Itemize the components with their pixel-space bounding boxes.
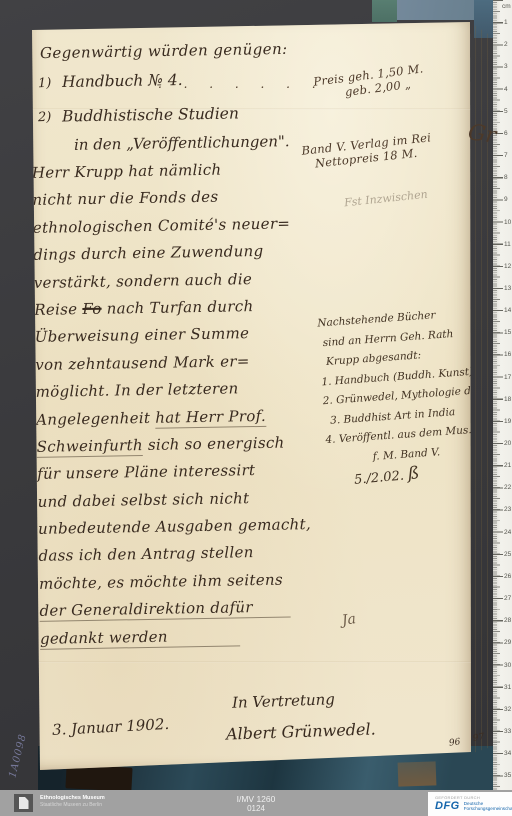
sent-date-text: 5./2.02. (354, 469, 405, 488)
ruler-ticks-cm (493, 0, 503, 792)
item2-line-1: Buddhistische Studien (62, 104, 239, 125)
ruler-number: 23 (504, 506, 511, 513)
ruler-number: 28 (504, 617, 511, 624)
dfg-funding-box: GEFÖRDERT DURCH DFG Deutsche Forschungsg… (428, 792, 512, 816)
ruler-number: 32 (504, 706, 511, 713)
dfg-full-name: Deutsche Forschungsgemeinschaft (464, 801, 512, 811)
underlined-text: gedankt werden (40, 626, 240, 649)
ruler-number: 35 (504, 772, 511, 779)
ruler-number: 3 (504, 63, 508, 70)
pencil-paraph-right: Gr (466, 120, 497, 149)
paper-crease (30, 661, 474, 663)
ruler-unit-label: cm (502, 3, 511, 10)
item2-line-2: in den „Veröffentlichungen". (74, 132, 290, 154)
letter-line-segment: sich so energisch (143, 433, 285, 453)
ruler-number: 25 (504, 551, 511, 558)
ruler-number: 18 (504, 396, 511, 403)
book-binding-fabric-teal (372, 0, 397, 22)
underlined-text: der Generaldirektion dafür (39, 598, 291, 622)
ruler-number: 34 (504, 750, 511, 757)
letter-line-segment: nach Turfan durch (101, 297, 253, 318)
ruler-number: 11 (504, 241, 511, 248)
ruler-number: 16 (504, 351, 511, 358)
ruler-number: 13 (504, 285, 511, 292)
closing-line-1: In Vertretung (232, 690, 335, 712)
ruler-number: 2 (504, 41, 508, 48)
archival-photo: cm 1234567891011121314151617181920212223… (0, 0, 512, 816)
struck-word: Fo (82, 300, 102, 318)
ruler-number: 30 (504, 662, 511, 669)
item1-number: 1) (38, 76, 52, 91)
footer-bar: Ethnologisches Museum Staatliche Museen … (0, 790, 512, 816)
ruler-number: 17 (504, 374, 511, 381)
ruler-number: 6 (504, 130, 508, 137)
ruler-number: 15 (504, 329, 511, 336)
ruler-number: 33 (504, 728, 511, 735)
underlined-text: Schweinfurth (37, 436, 144, 458)
ruler-number: 1 (504, 19, 508, 26)
letter-line: gedankt werden (40, 624, 370, 657)
ruler-number: 21 (504, 462, 511, 469)
ruler-number: 10 (504, 219, 511, 226)
ruler-number: 19 (504, 418, 511, 425)
ruler-number: 12 (504, 263, 511, 270)
letter-line-segment: Angelegenheit (36, 408, 155, 428)
ruler-number: 24 (504, 529, 511, 536)
letter-body: Herr Krupp hat nämlich nicht nur die Fon… (32, 158, 371, 657)
margin-price-note: Preis geh. 1,50 M. geb. 2,00 „ (313, 61, 426, 102)
dfg-acronym: DFG (435, 800, 460, 812)
pencil-paraph-lower: Ja (341, 611, 357, 629)
cm-ruler: cm 1234567891011121314151617181920212223… (493, 0, 512, 792)
ruler-number: 7 (504, 152, 508, 159)
underlined-text: hat Herr Prof. (155, 406, 266, 428)
letter-heading: Gegenwärtig würden genügen: (40, 40, 288, 62)
item2-number: 2) (38, 110, 52, 125)
ruler-number: 26 (504, 573, 511, 580)
book-spine-fragment (398, 761, 437, 786)
ruler-number: 4 (504, 86, 508, 93)
inventory-stamp-vertical: 1A0098 (7, 733, 29, 779)
ruler-number: 9 (504, 196, 508, 203)
sent-note-date: 5./2.02. ß (353, 463, 420, 489)
manuscript-page: Gegenwärtig würden genügen: 1) Handbuch … (30, 20, 474, 772)
margin-sent-note: Nachstehende Bücher sind an Herrn Geh. R… (317, 304, 480, 470)
ruler-number: 5 (504, 108, 508, 115)
letter-date: 3. Januar 1902. (52, 715, 170, 739)
ruler-number: 20 (504, 440, 511, 447)
signature: Albert Grünwedel. (226, 719, 376, 743)
folio-number-right: 97 (472, 732, 485, 744)
ruler-number: 14 (504, 307, 511, 314)
dfg-name-line-2: Forschungsgemeinschaft (464, 806, 512, 811)
folio-number-left: 96 (448, 737, 461, 748)
ruler-number: 29 (504, 639, 511, 646)
letter-line-segment: Reise (34, 300, 82, 319)
ruler-number: 22 (504, 484, 511, 491)
item1-dot-leader: . . . . . . . (158, 77, 325, 91)
book-binding-fabric-blue (397, 0, 474, 20)
paraph-flourish: ß (407, 463, 420, 484)
ruler-number: 8 (504, 174, 508, 181)
ruler-number: 27 (504, 595, 511, 602)
dfg-logo: DFG Deutsche Forschungsgemeinschaft (435, 800, 512, 812)
ruler-number: 31 (504, 684, 511, 691)
